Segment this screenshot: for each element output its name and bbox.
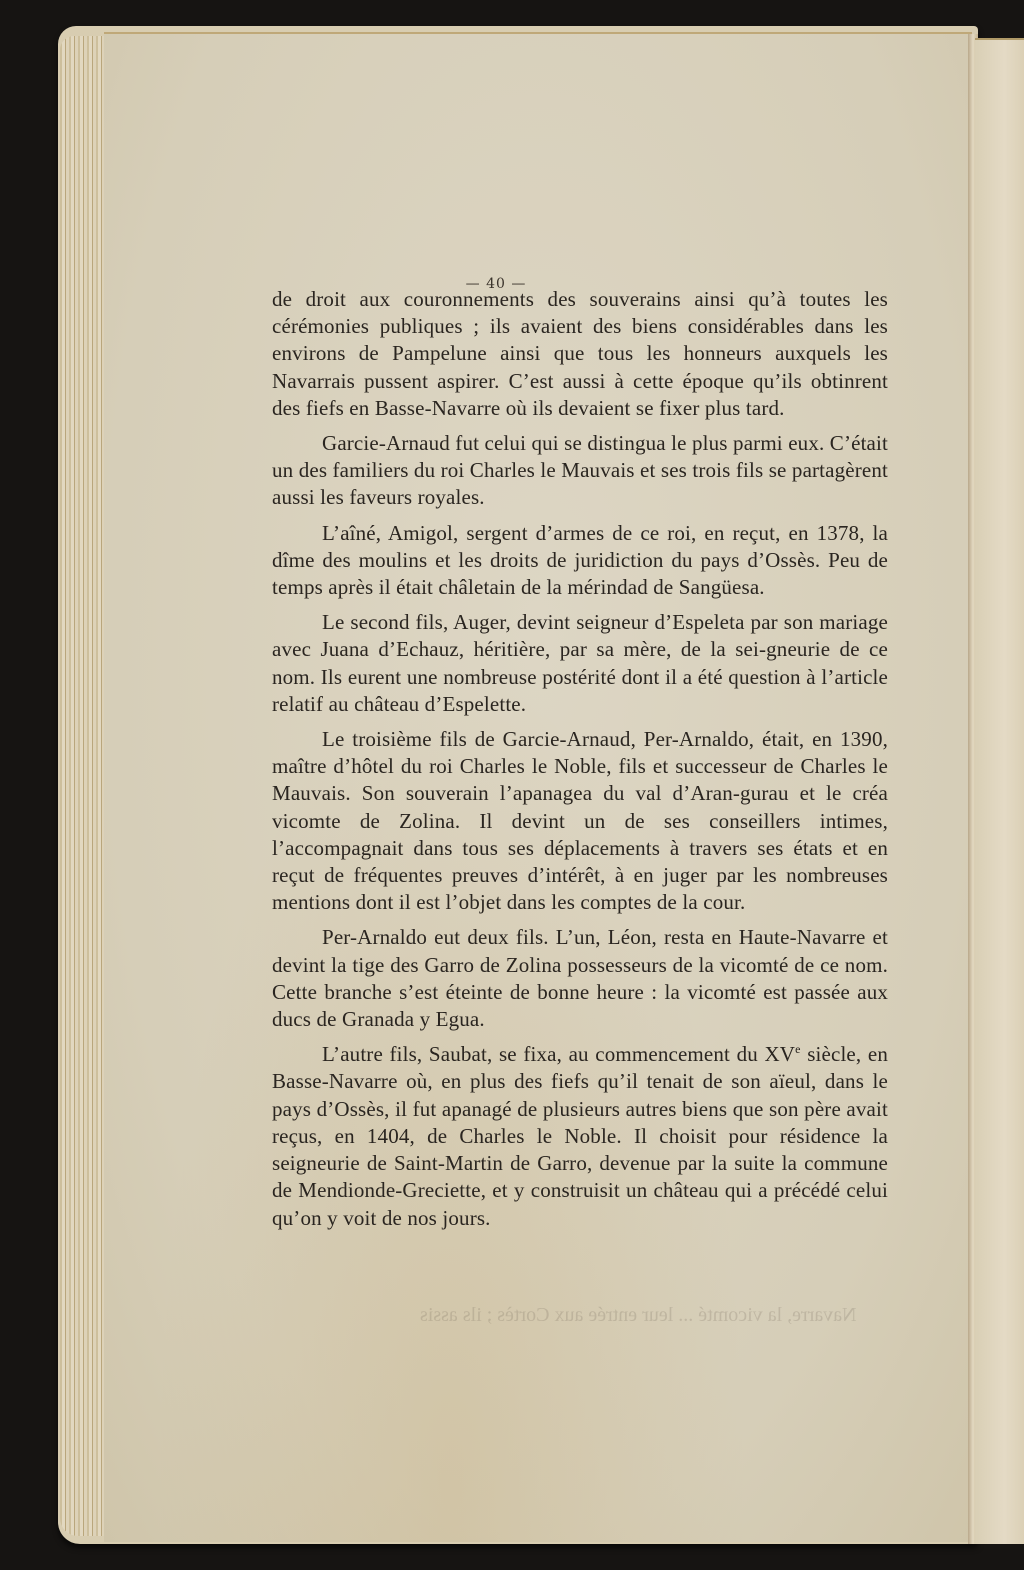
paragraph: de droit aux couronnements des souverain…: [272, 286, 888, 422]
scanned-book-spread: — 40 — Navarre, la vicomté ... leur entr…: [0, 0, 1024, 1570]
paragraph-text: L’autre fils, Saubat, se fixa, au commen…: [322, 1042, 795, 1066]
paragraph: Per-Arnaldo eut deux fils. L’un, Léon, r…: [272, 924, 888, 1033]
bleed-through-text: Navarre, la vicomté ... leur entrée aux …: [420, 1304, 857, 1327]
body-text: de droit aux couronnements des souverain…: [272, 286, 888, 1240]
page-leaf-edges: [60, 36, 108, 1536]
paragraph: L’autre fils, Saubat, se fixa, au commen…: [272, 1041, 888, 1231]
paragraph: L’aîné, Amigol, sergent d’armes de ce ro…: [272, 520, 888, 602]
paragraph: Le second fils, Auger, devint seigneur d…: [272, 609, 888, 718]
paragraph-text: siècle, en Basse-Navarre où, en plus des…: [272, 1042, 888, 1229]
paragraph: Garcie-Arnaud fut celui qui se distingua…: [272, 430, 888, 512]
paragraph: Le troisième fils de Garcie-Arnaud, Per-…: [272, 726, 888, 916]
facing-page-edge: [975, 38, 1024, 1544]
